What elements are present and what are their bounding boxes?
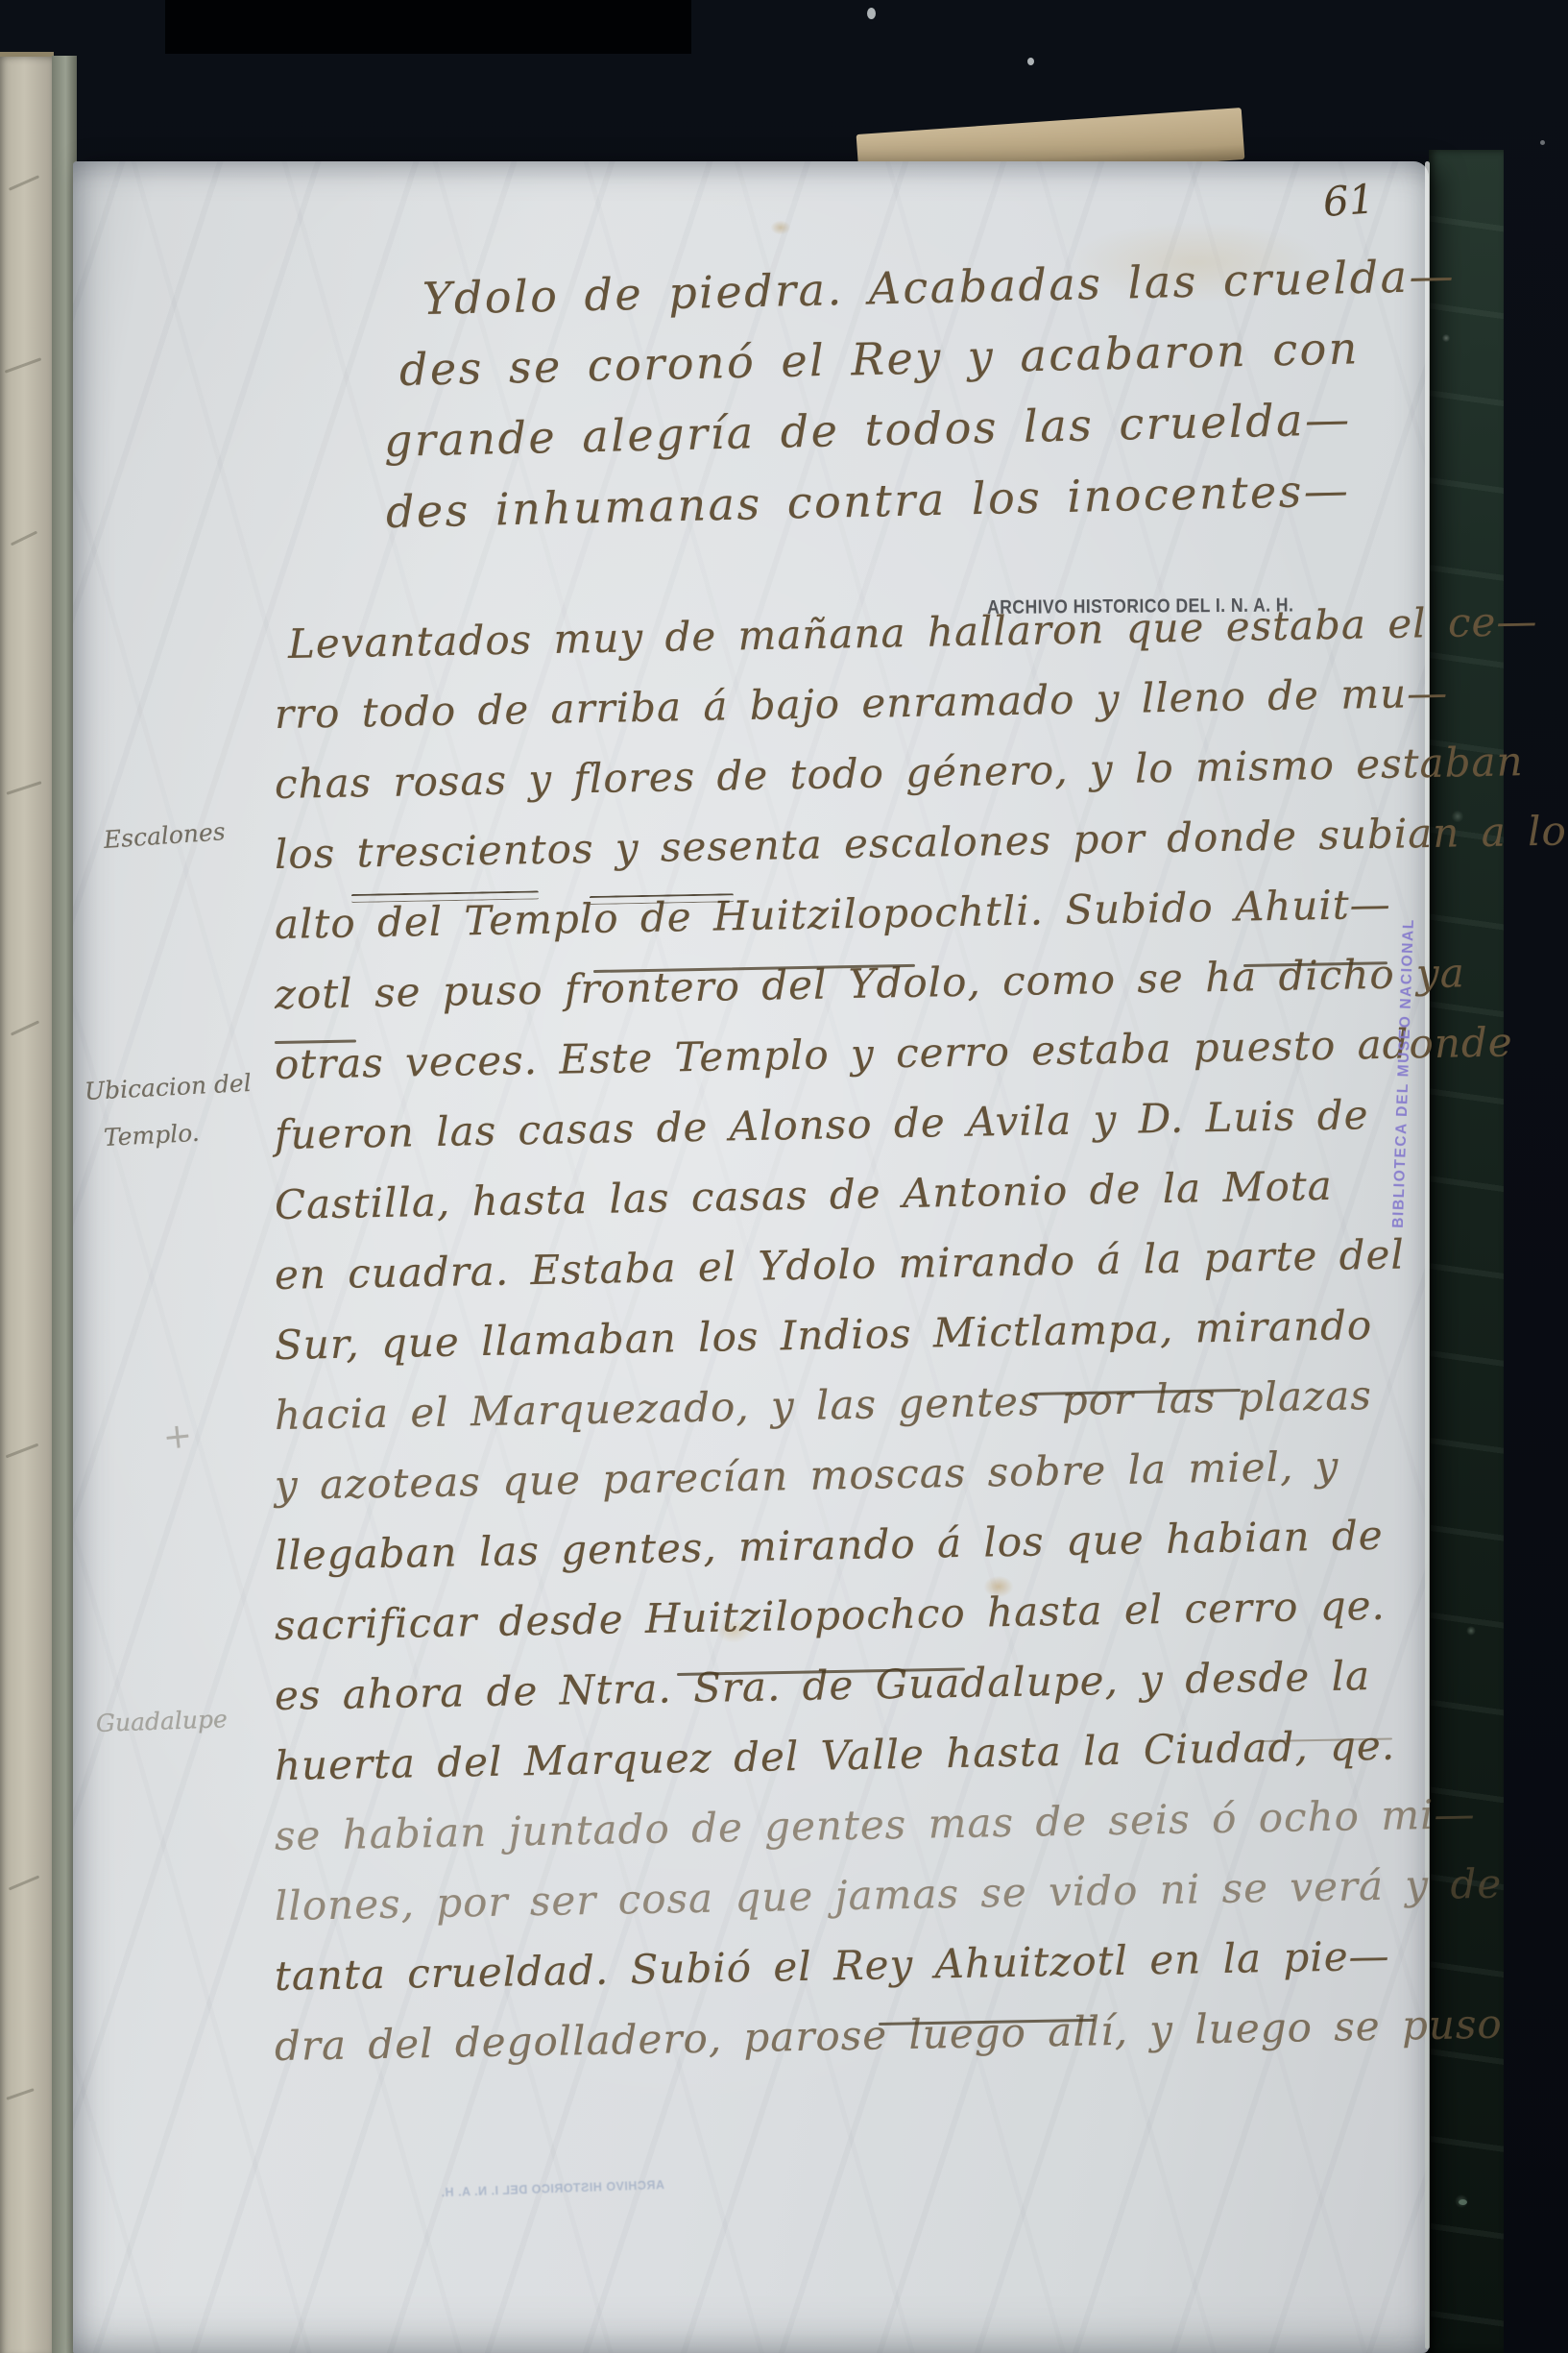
dust-speck	[867, 8, 876, 19]
bleedthrough-mark	[11, 1020, 39, 1035]
bleedthrough-mark	[9, 1875, 39, 1890]
margin-note-guadalupe: Guadalupe	[96, 1707, 229, 1735]
dust-speck	[89, 2121, 96, 2125]
bleedthrough-mark	[9, 175, 39, 191]
bleedthrough-mark	[11, 531, 37, 546]
bleedthrough-mark	[6, 2088, 34, 2100]
bleedthrough-mark	[5, 357, 42, 373]
margin-note-cross: +	[161, 1419, 194, 1456]
bleedthrough-mark	[6, 781, 41, 795]
dust-speck	[1027, 58, 1034, 65]
page-number: 61	[1322, 179, 1376, 223]
scanned-manuscript-scene: 61 Ydolo de piedra. Acabadas las cruelda…	[0, 0, 1568, 2353]
background-shadow	[165, 0, 691, 54]
dust-speck	[1459, 2199, 1467, 2205]
adjacent-page-edge	[0, 52, 54, 2353]
bleedthrough-mark	[6, 1443, 39, 1459]
margin-note-ubicacion: Templo.	[103, 1121, 200, 1150]
dust-speck	[1540, 140, 1545, 145]
